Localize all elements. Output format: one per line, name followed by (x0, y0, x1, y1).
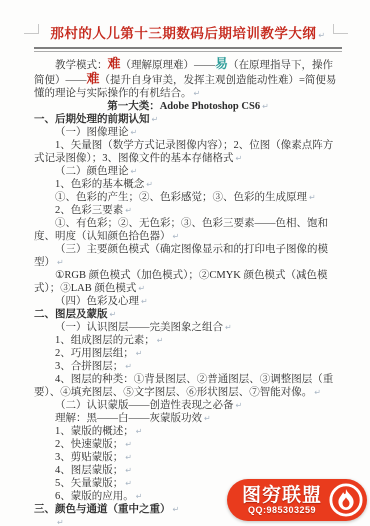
paragraph-mark: ↵ (236, 401, 243, 410)
paragraph-mark: ↵ (314, 388, 321, 397)
intro-text: （理解原理难）—— (121, 60, 216, 71)
flame-icon (329, 483, 363, 517)
paragraph-mark: ↵ (236, 154, 243, 163)
paragraph-mark: ↵ (262, 102, 269, 111)
paragraph-mark: ↵ (318, 31, 325, 40)
paragraph-mark: ↵ (125, 453, 132, 462)
intro-hard-2: 难 (87, 71, 100, 86)
category-heading: 第一大类：Adobe Photoshop CS6↵ (34, 100, 342, 113)
title-double-rule (34, 47, 342, 52)
section-heading-2: 二、图层及蒙版↵ (34, 308, 342, 321)
doc-line: （一）图像理论↵ (34, 126, 342, 139)
doc-line: 理解：黑——白——灰蒙版功效↵ (34, 412, 342, 425)
watermark-name: 图穷联盟 (235, 486, 329, 505)
paragraph-mark: ↵ (57, 518, 64, 526)
doc-line: ①、色彩的产生；②、色彩感觉；③、色彩的生成原理↵ (34, 191, 342, 204)
paragraph-mark: ↵ (131, 128, 138, 137)
paragraph-mark: ↵ (125, 440, 132, 449)
doc-line: 3、合拼图层；↵ (34, 360, 342, 373)
doc-line: ①RGB 颜色模式（加色模式）；②CMYK 颜色模式（减色模式）；③LAB 颜色… (34, 269, 342, 295)
paragraph-mark: ↵ (157, 336, 164, 345)
paragraph-mark: ↵ (146, 180, 153, 189)
doc-line: 4、图层蒙版；↵ (34, 464, 342, 477)
intro-paragraph: 教学模式：难（理解原理难）——易（在原理指导下，操作简便）——难（提升自身审美，… (34, 57, 342, 100)
paragraph-mark: ↵ (194, 89, 201, 98)
margin-crop-mark-right (333, 24, 348, 34)
paragraph-mark: ↵ (136, 427, 143, 436)
doc-line: 2、巧用图层组；↵ (34, 347, 342, 360)
paragraph-mark: ↵ (110, 310, 117, 319)
intro-hard-1: 难 (108, 56, 121, 71)
doc-line: 1、色彩的基本概念↵ (34, 178, 342, 191)
doc-line: 4、图层的种类：①背景图层、②普通图层、③调整图层（重要）、④填充图层、⑤文字图… (34, 373, 342, 399)
doc-line: ①、有色彩；②、无色彩；③、色彩三要素——色相、饱和度、明度（认知颜色拾色器）↵ (34, 217, 342, 243)
page-title: 那村的人儿第十三期数码后期培训教学大纲↵ (34, 26, 342, 44)
paragraph-mark: ↵ (138, 284, 145, 293)
doc-line: 2、快速蒙版；↵ (34, 438, 342, 451)
paragraph-mark: ↵ (125, 206, 132, 215)
paragraph-mark: ↵ (125, 466, 132, 475)
doc-line: （一）认识图层——完美图象之组合↵ (34, 321, 342, 334)
paragraph-mark: ↵ (141, 297, 148, 306)
paragraph-mark: ↵ (309, 193, 316, 202)
paragraph-mark: ↵ (204, 414, 211, 423)
watermark-badge: 图穷联盟 QQ:985303259 (227, 479, 367, 521)
doc-line: 3、剪贴蒙版；↵ (34, 451, 342, 464)
doc-line: （四）色彩及心理↵ (34, 295, 342, 308)
doc-line: （二）颜色理论↵ (34, 165, 342, 178)
doc-line: 1、矢量图（数学方式记录图像内容）；2、位图（像素点阵方式记录图像）；3、图像文… (34, 139, 342, 165)
margin-crop-mark-left (24, 24, 39, 34)
intro-text: 教学模式： (55, 60, 108, 71)
doc-line: （二）认识蒙版——创造性表现之必备↵ (34, 399, 342, 412)
document-content: 那村的人儿第十三期数码后期培训教学大纲↵ 教学模式：难（理解原理难）——易（在原… (0, 0, 370, 526)
doc-line: 2、色彩三要素↵ (34, 204, 342, 217)
paragraph-mark: ↵ (125, 362, 132, 371)
intro-easy: 易 (215, 56, 228, 71)
paragraph-mark: ↵ (136, 349, 143, 358)
doc-line: 1、蒙版的概述；↵ (34, 425, 342, 438)
paragraph-mark: ↵ (152, 115, 159, 124)
watermark-qq: QQ:985303259 (235, 505, 329, 515)
paragraph-mark: ↵ (131, 167, 138, 176)
doc-line: 1、组成图层的元素；↵ (34, 334, 342, 347)
watermark-text: 图穷联盟 QQ:985303259 (227, 486, 329, 515)
paragraph-mark: ↵ (225, 323, 232, 332)
paragraph-mark: ↵ (173, 505, 180, 514)
document-page: 那村的人儿第十三期数码后期培训教学大纲↵ 教学模式：难（理解原理难）——易（在原… (0, 0, 370, 526)
paragraph-mark: ↵ (173, 232, 180, 241)
section-heading-1: 一、后期处理的前期认知↵ (34, 113, 342, 126)
paragraph-mark: ↵ (125, 479, 132, 488)
doc-line: （三）主要颜色模式（确定图像显示和的打印电子图像的模型）↵ (34, 243, 342, 269)
paragraph-mark: ↵ (57, 258, 64, 267)
paragraph-mark: ↵ (136, 492, 143, 501)
